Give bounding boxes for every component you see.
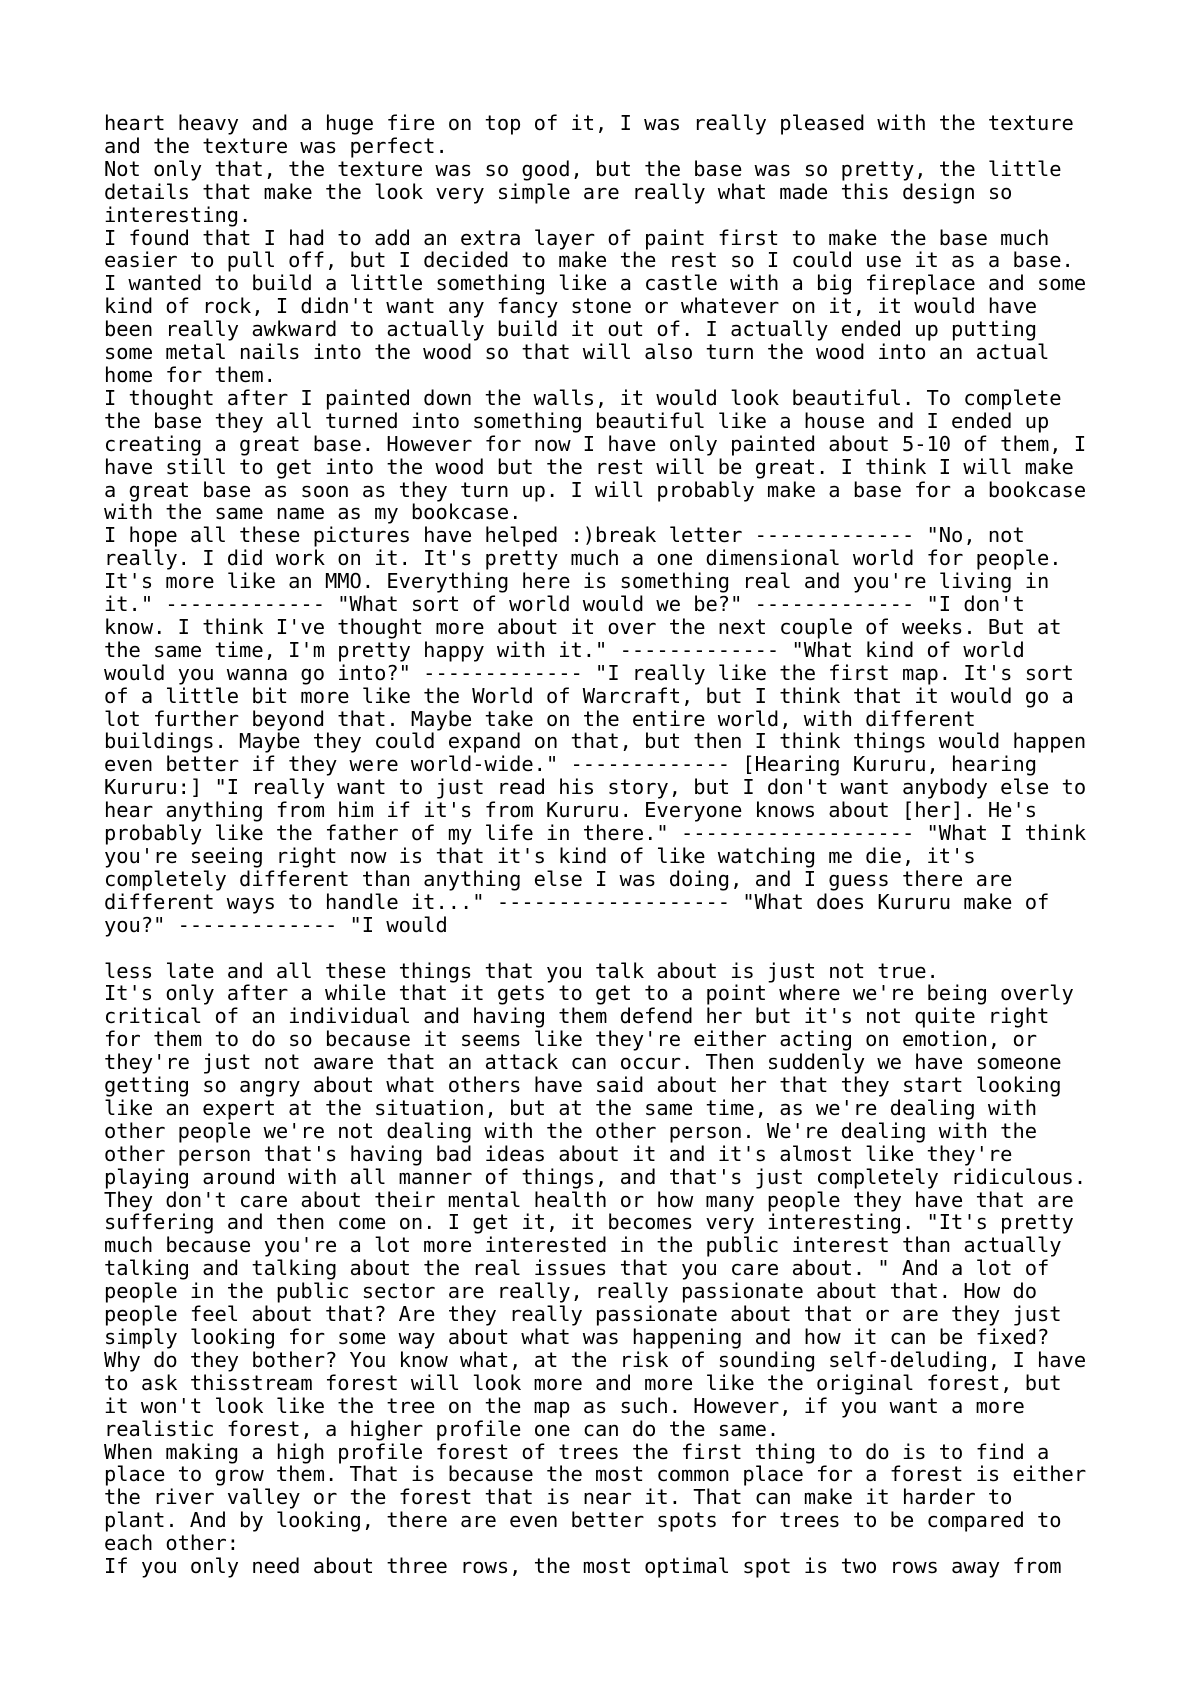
paragraph-2: less late and all these things that you …: [104, 960, 1104, 1578]
document-page: heart heavy and a huge fire on top of it…: [0, 0, 1200, 1698]
paragraph-1: heart heavy and a huge fire on top of it…: [104, 112, 1104, 937]
